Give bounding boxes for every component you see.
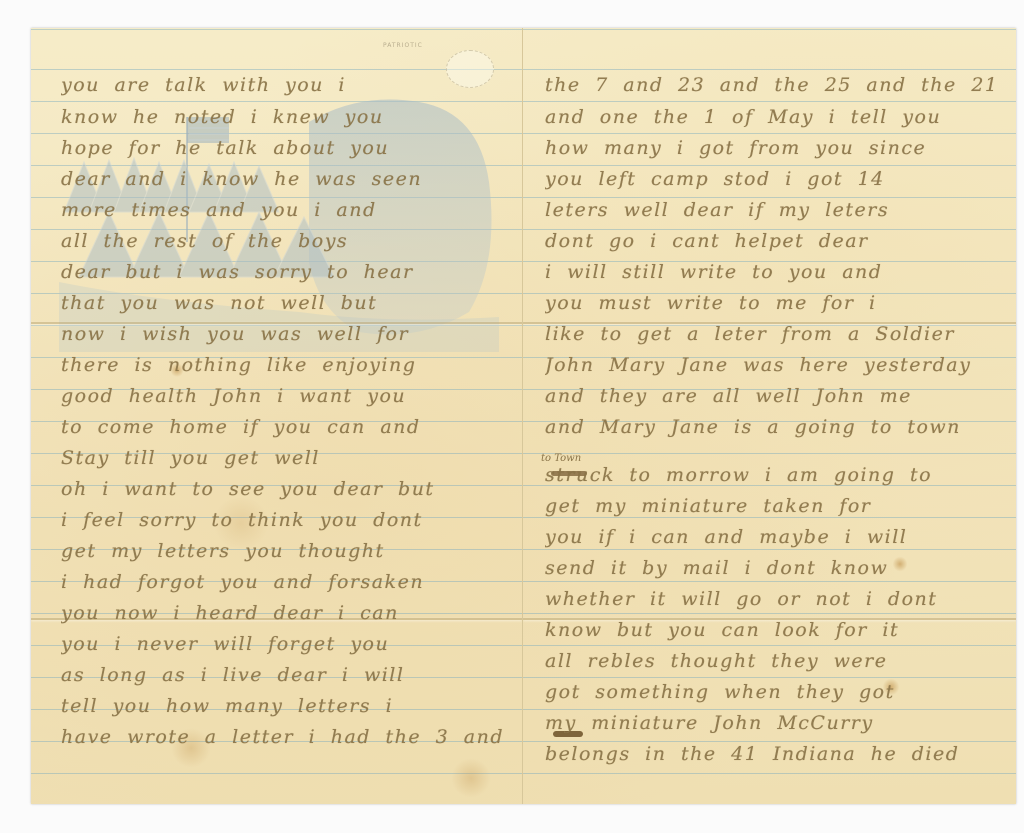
water-stain	[451, 758, 491, 798]
text-line: get my miniature taken for	[545, 491, 1002, 521]
text-line: good health John i want you	[61, 381, 508, 411]
text-line: and they are all well John me	[545, 381, 1002, 411]
text-line: oh i want to see you dear but	[61, 474, 508, 504]
text-line: get my letters you thought	[61, 536, 508, 566]
text-line: whether it will go or not i dont	[545, 584, 1002, 614]
letterhead-stamp: PATRIOTIC	[383, 42, 423, 49]
left-page: PATRIOTIC you are talk with you i know h…	[31, 28, 523, 804]
text-line: dont go i cant helpet dear	[545, 226, 1002, 256]
text-line: the 7 and 23 and the 25 and the 21	[545, 70, 1002, 100]
text-line: dear but i was sorry to hear	[61, 257, 508, 287]
text-line: John Mary Jane was here yesterday	[545, 350, 1002, 380]
text-line: know he noted i knew you	[61, 102, 508, 132]
text-line: have wrote a letter i had the 3 and	[61, 722, 508, 752]
text-line: you now i heard dear i can	[61, 598, 508, 628]
text-line: know but you can look for it	[545, 615, 1002, 645]
text-line: leters well dear if my leters	[545, 195, 1002, 225]
text-line: dear and i know he was seen	[61, 164, 508, 194]
text-line: to come home if you can and	[61, 412, 508, 442]
text-line: i will still write to you and	[545, 257, 1002, 287]
text-line: and Mary Jane is a going to town	[545, 412, 1002, 442]
text-line: all rebles thought they were	[545, 646, 1002, 676]
right-page: to Town the 7 and 23 and the 25 and the …	[523, 28, 1016, 804]
letter-sheet: PATRIOTIC you are talk with you i know h…	[31, 28, 1016, 804]
text-line: as long as i live dear i will	[61, 660, 508, 690]
text-line: you must write to me for i	[545, 288, 1002, 318]
text-line: like to get a leter from a Soldier	[545, 319, 1002, 349]
text-line: you left camp stod i got 14	[545, 164, 1002, 194]
text-line: that you was not well but	[61, 288, 508, 318]
text-line: you i never will forget you	[61, 629, 508, 659]
text-line: there is nothing like enjoying	[61, 350, 508, 380]
text-line: and one the 1 of May i tell you	[545, 102, 1002, 132]
text-line: send it by mail i dont know	[545, 553, 1002, 583]
text-line: you if i can and maybe i will	[545, 522, 1002, 552]
text-line: i feel sorry to think you dont	[61, 505, 508, 535]
text-line: you are talk with you i	[61, 70, 508, 100]
text-line: how many i got from you since	[545, 133, 1002, 163]
text-line: struck to morrow i am going to	[545, 460, 1002, 490]
text-line: tell you how many letters i	[61, 691, 508, 721]
text-line: my miniature John McCurry	[545, 708, 1002, 738]
text-line: belongs in the 41 Indiana he died	[545, 739, 1002, 769]
text-line: hope for he talk about you	[61, 133, 508, 163]
text-line: more times and you i and	[61, 195, 508, 225]
text-line: i had forgot you and forsaken	[61, 567, 508, 597]
text-line: now i wish you was well for	[61, 319, 508, 349]
text-line: got something when they got	[545, 677, 1002, 707]
text-line: Stay till you get well	[61, 443, 508, 473]
text-line: all the rest of the boys	[61, 226, 508, 256]
